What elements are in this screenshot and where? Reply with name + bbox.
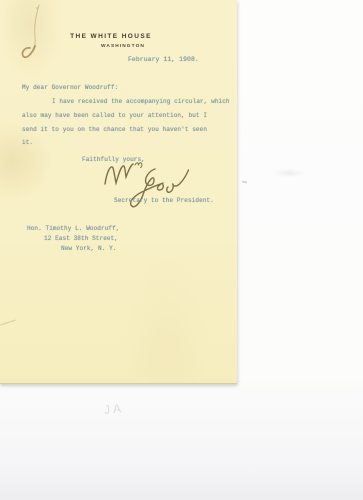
letter-date: February 11, 1908.	[128, 56, 199, 63]
letter-paper: THE WHITE HOUSE WASHINGTON February 11, …	[0, 0, 237, 384]
scanned-letter-photo: THE WHITE HOUSE WASHINGTON February 11, …	[0, 0, 363, 500]
dash-mark	[242, 181, 247, 183]
address-line: Hon. Timothy L. Woodruff,	[27, 225, 120, 232]
signature-title-line: Secretary to the President.	[114, 197, 214, 204]
address-line: 12 East 38th Street,	[44, 235, 118, 242]
letterhead-title: THE WHITE HOUSE	[61, 33, 161, 40]
body-line: send it to you on the chance that you ha…	[22, 126, 207, 133]
pencil-mark: JA	[103, 401, 124, 417]
body-line: I have received the accompanying circula…	[52, 98, 230, 105]
salutation-line: My dear Governor Woodruff:	[22, 84, 118, 91]
body-line: it.	[22, 139, 33, 146]
ink-blot-mark	[18, 2, 50, 64]
letterhead-subtitle: WASHINGTON	[83, 44, 163, 49]
scratch-mark	[0, 320, 16, 326]
body-line: also may have been called to your attent…	[22, 112, 207, 119]
address-line: New York, N. Y.	[61, 245, 117, 252]
smudge-mark	[272, 168, 306, 178]
